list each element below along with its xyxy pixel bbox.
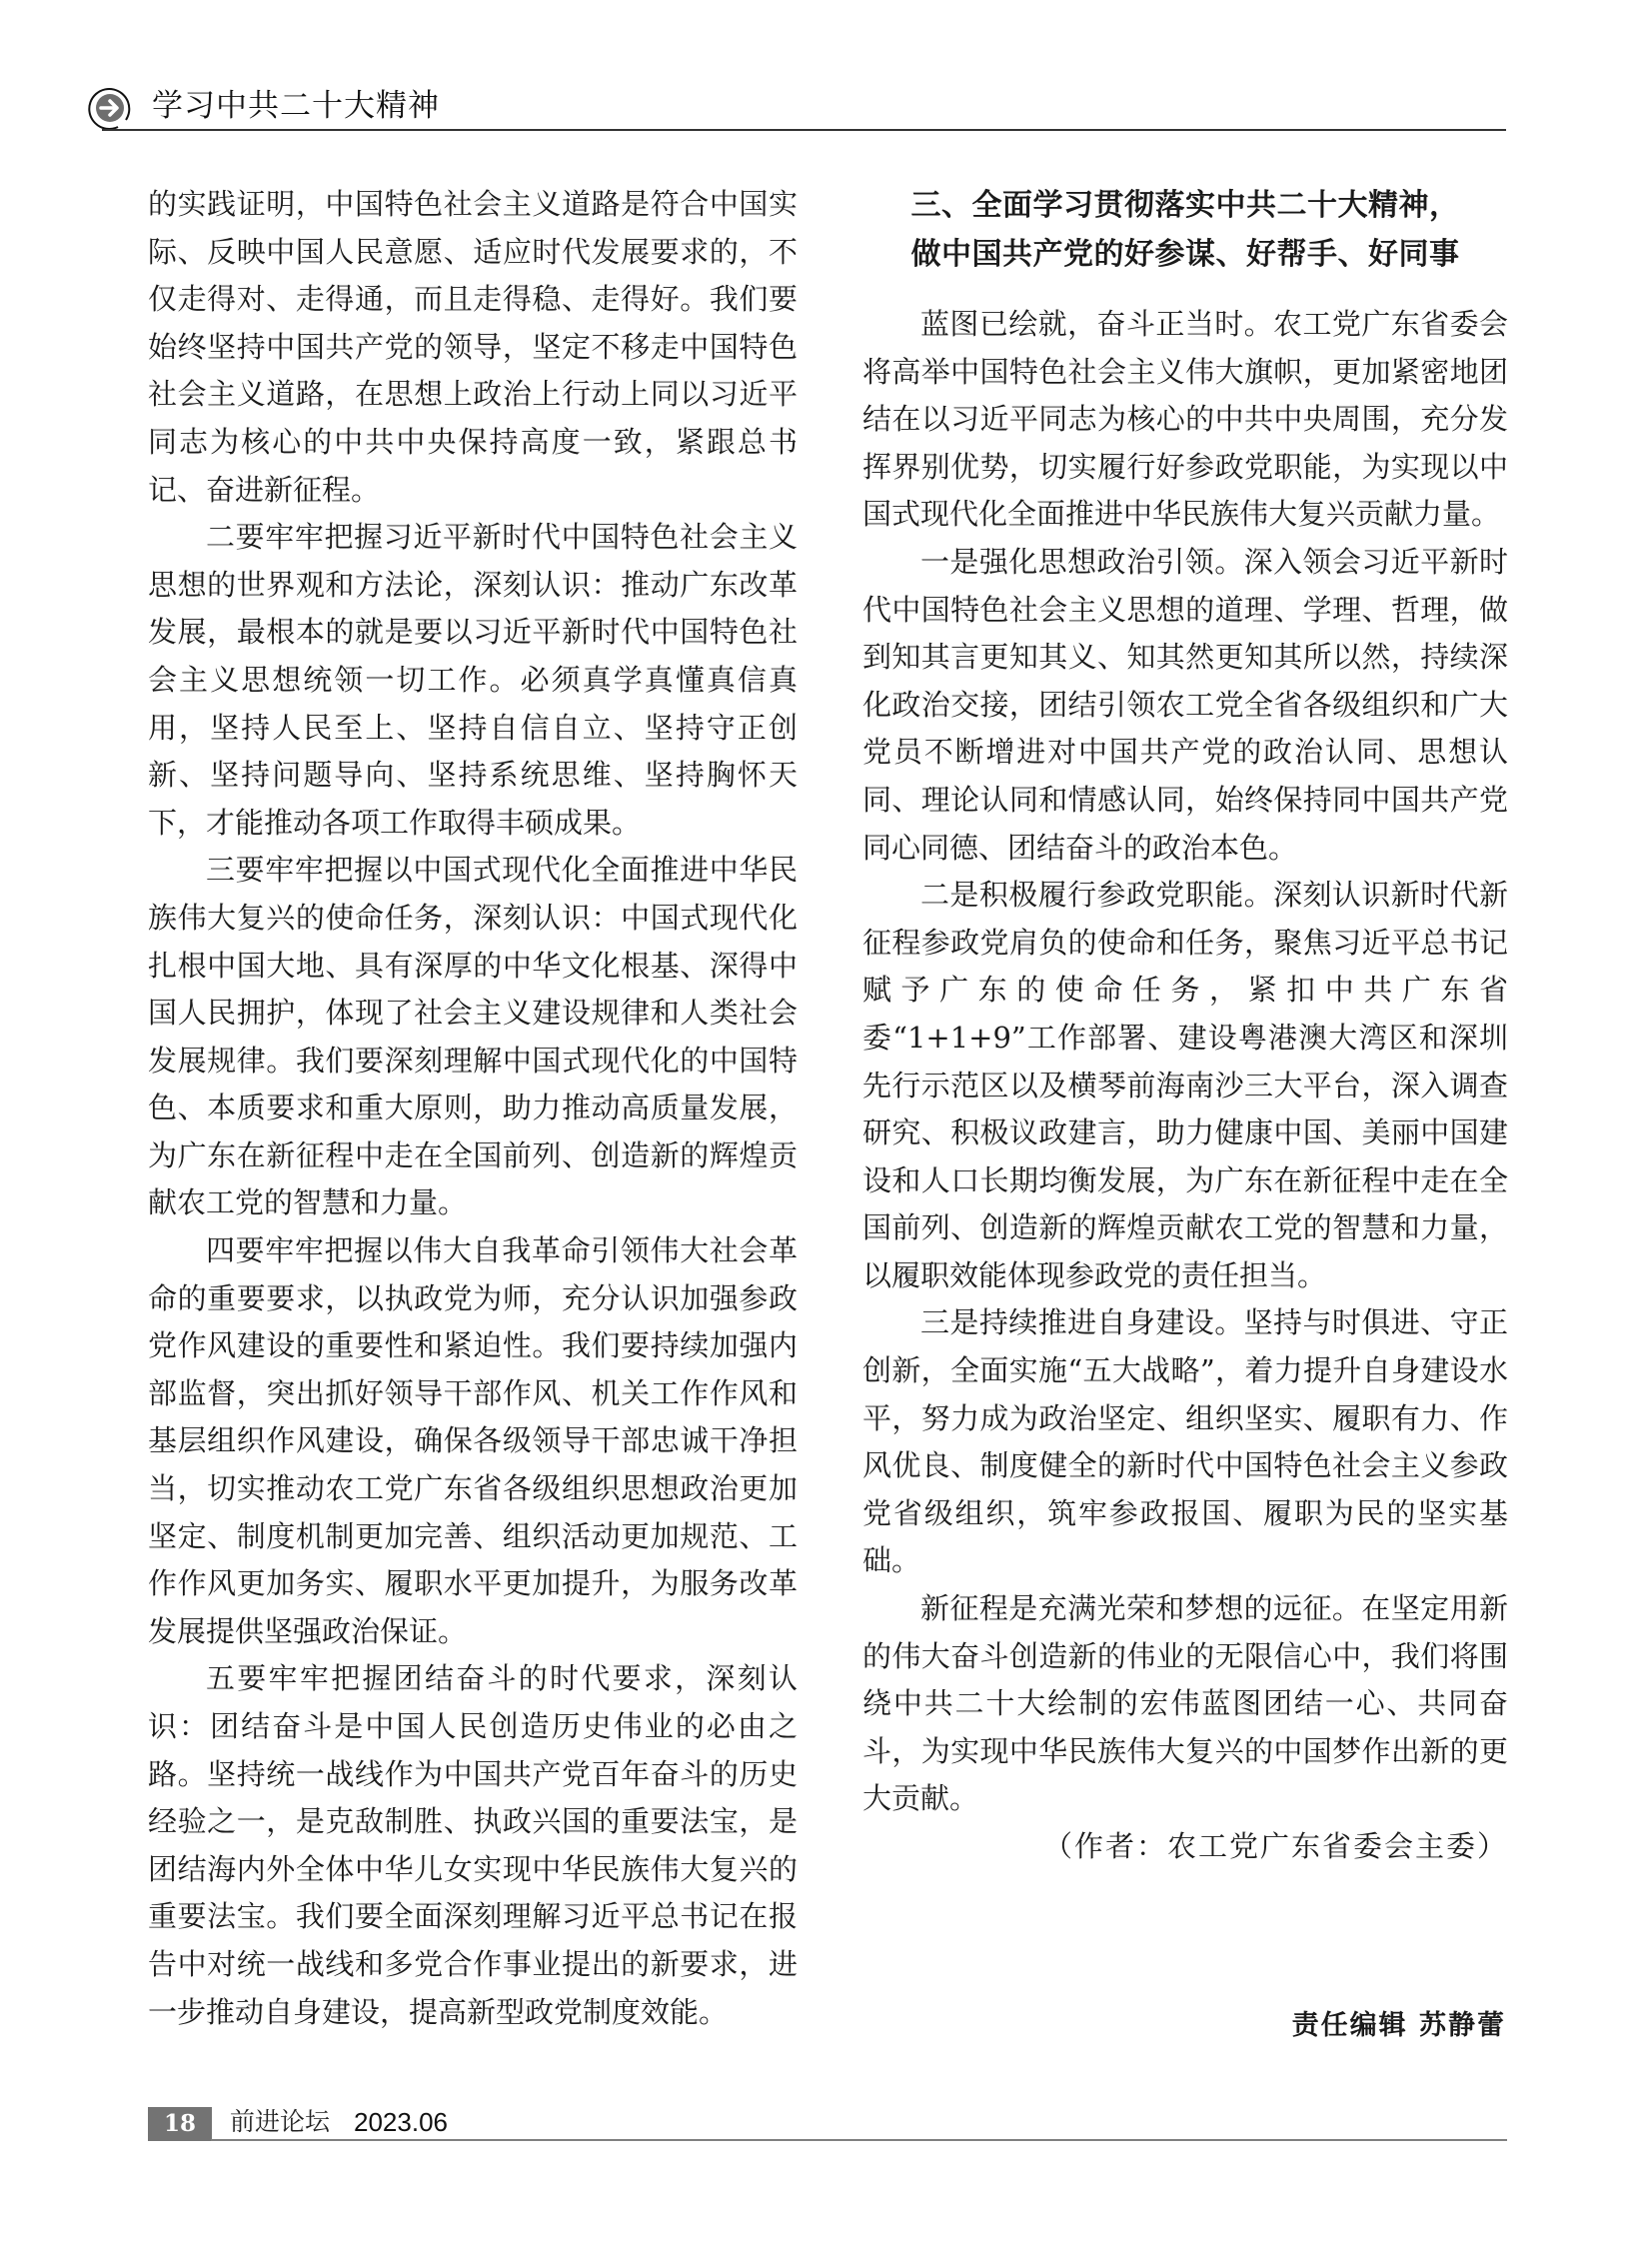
header-divider <box>102 129 1506 131</box>
paragraph: 一是强化思想政治引领。深入领会习近平新时代中国特色社会主义思想的道理、学理、哲理… <box>862 539 1508 872</box>
right-column: 三、全面学习贯彻落实中共二十大精神， 做中国共产党的好参谋、好帮手、好同事 蓝图… <box>862 181 1508 1871</box>
left-column: 的实践证明，中国特色社会主义道路是符合中国实际、反映中国人民意愿、适应时代发展要… <box>148 181 798 2036</box>
issue-date: 2023.06 <box>354 2107 448 2137</box>
paragraph: 三要牢牢把握以中国式现代化全面推进中华民族伟大复兴的使命任务，深刻认识：中国式现… <box>148 847 798 1227</box>
section-heading-line: 三、全面学习贯彻落实中共二十大精神， <box>862 181 1508 230</box>
paragraph: 二要牢牢把握习近平新时代中国特色社会主义思想的世界观和方法论，深刻认识：推动广东… <box>148 514 798 847</box>
running-header: 学习中共二十大精神 <box>88 82 1507 134</box>
paragraph: 五要牢牢把握团结奋斗的时代要求，深刻认识：团结奋斗是中国人民创造历史伟业的必由之… <box>148 1655 798 2036</box>
section-heading-line: 做中国共产党的好参谋、好帮手、好同事 <box>862 230 1508 279</box>
paragraph: 四要牢牢把握以伟大自我革命引领伟大社会革命的重要要求，以执政党为师，充分认识加强… <box>148 1227 798 1655</box>
arrow-right-circle-icon <box>88 86 132 130</box>
paragraph: 蓝图已绘就，奋斗正当时。农工党广东省委会将高举中国特色社会主义伟大旗帜，更加紧密… <box>862 301 1508 539</box>
author-byline: （作者：农工党广东省委会主委） <box>862 1823 1508 1871</box>
paragraph: 的实践证明，中国特色社会主义道路是符合中国实际、反映中国人民意愿、适应时代发展要… <box>148 181 798 514</box>
paragraph: 新征程是充满光荣和梦想的远征。在坚定用新的伟大奋斗创造新的伟业的无限信心中，我们… <box>862 1585 1508 1823</box>
page-number: 18 <box>148 2107 212 2141</box>
footer-divider <box>211 2139 1507 2141</box>
page-footer: 18 前进论坛 2023.06 <box>148 2107 1507 2143</box>
section-heading: 三、全面学习贯彻落实中共二十大精神， 做中国共产党的好参谋、好帮手、好同事 <box>862 181 1508 279</box>
paragraph: 三是持续推进自身建设。坚持与时俱进、守正创新，全面实施“五大战略”，着力提升自身… <box>862 1299 1508 1585</box>
paragraph: 二是积极履行参政党职能。深刻认识新时代新征程参政党肩负的使命和任务，聚焦习近平总… <box>862 872 1508 1299</box>
section-title: 学习中共二十大精神 <box>152 84 440 128</box>
journal-name: 前进论坛 <box>230 2107 330 2137</box>
responsible-editor: 责任编辑 苏静蕾 <box>1292 2003 1506 2042</box>
